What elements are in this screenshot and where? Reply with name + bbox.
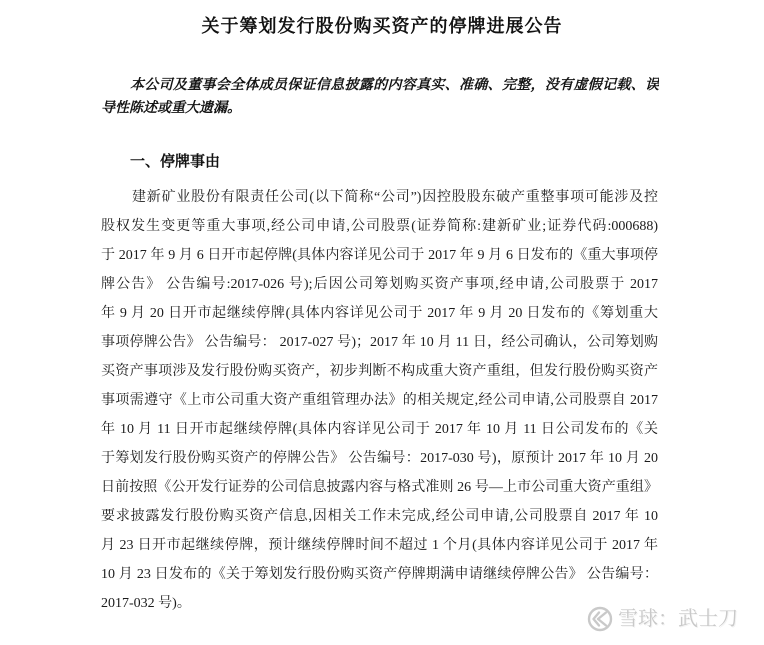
statement-line: 本公司及董事会全体成员保证信息披露的内容真实、准确、完整，没有虚假记载、误 bbox=[101, 74, 659, 97]
section-heading: 一、停牌事由 bbox=[130, 151, 220, 173]
statement-line: 导性陈述或重大遗漏。 bbox=[101, 97, 659, 120]
body-line: 年 9 月 20 日开市起继续停牌(具体内容详见公司于 2017 年 9 月 2… bbox=[101, 299, 658, 328]
body-line: 年 10 月 11 日开市起继续停牌(具体内容详见公司于 2017 年 10 月… bbox=[101, 415, 658, 444]
body-line: 事项需遵守《上市公司重大资产重组管理办法》的相关规定,经公司申请,公司股票自 2… bbox=[101, 386, 658, 415]
body-line: 买资产事项涉及发行股份购买资产，初步判断不构成重大资产重组，但发行股份购买资产 bbox=[101, 357, 658, 386]
xueqiu-snowball-logo-icon bbox=[587, 606, 613, 632]
body-line: 要求披露发行股份购买资产信息,因相关工作未完成,经公司申请,公司股票自 2017… bbox=[101, 502, 658, 531]
body-line: 牌公告》 公告编号:2017-026 号);后因公司筹划购买资产事项,经申请,公… bbox=[101, 270, 658, 299]
body-line: 股权发生变更等重大事项,经公司申请,公司股票(证券简称:建新矿业;证券代码:00… bbox=[101, 212, 658, 241]
body-line: 建新矿业股份有限责任公司(以下简称“公司”)因控股股东破产重整事项可能涉及控 bbox=[101, 183, 658, 212]
disclosure-statement: 本公司及董事会全体成员保证信息披露的内容真实、准确、完整，没有虚假记载、误 导性… bbox=[101, 74, 659, 120]
body-line: 于 2017 年 9 月 6 日开市起停牌(具体内容详见公司于 2017 年 9… bbox=[101, 241, 658, 270]
announcement-page: 关于筹划发行股份购买资产的停牌进展公告 本公司及董事会全体成员保证信息披露的内容… bbox=[0, 0, 764, 645]
body-line: 日前按照《公开发行证券的公司信息披露内容与格式准则 26 号—上市公司重大资产重… bbox=[101, 473, 658, 502]
body-line: 月 23 日开市起继续停牌，预计继续停牌时间不超过 1 个月(具体内容详见公司于… bbox=[101, 531, 658, 560]
xueqiu-watermark: 雪球：武士刀 bbox=[587, 606, 738, 632]
body-line: 2017-032 号)。 bbox=[101, 589, 658, 618]
body-line: 10 月 23 日发布的《关于筹划发行股份购买资产停牌期满申请继续停牌公告》 公… bbox=[101, 560, 658, 589]
body-paragraph: 建新矿业股份有限责任公司(以下简称“公司”)因控股股东破产重整事项可能涉及控 股… bbox=[101, 183, 658, 618]
watermark-label: 雪球：武士刀 bbox=[618, 606, 738, 632]
body-line: 于筹划发行股份购买资产的停牌公告》 公告编号：2017-030 号)，原预计 2… bbox=[101, 444, 658, 473]
document-title: 关于筹划发行股份购买资产的停牌进展公告 bbox=[0, 13, 764, 39]
body-line: 事项停牌公告》 公告编号： 2017-027 号)；2017 年 10 月 11… bbox=[101, 328, 658, 357]
